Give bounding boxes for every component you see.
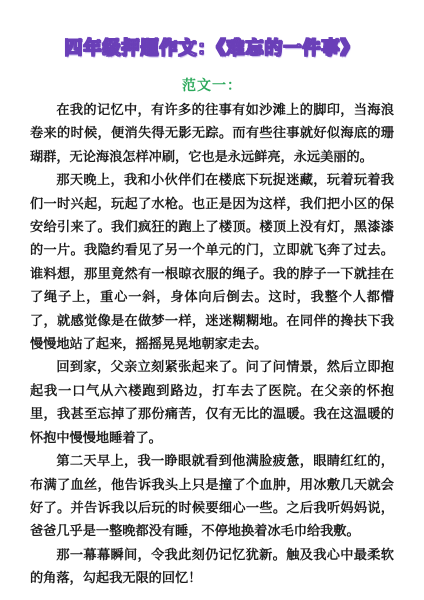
paragraph-3: 回到家，父亲立刻紧张起来了。问了问情景，然后立即抱起我一口气从六楼跑到路边，打车… <box>30 356 394 450</box>
essay-title: 四年级押题作文：《难忘的一件事》 <box>0 34 424 60</box>
paragraph-1: 在我的记忆中，有许多的往事有如沙滩上的脚印，当海浪卷来的时候，便消失得无影无踪。… <box>30 99 394 169</box>
essay-body: 在我的记忆中，有许多的往事有如沙滩上的脚印，当海浪卷来的时候，便消失得无影无踪。… <box>30 99 394 591</box>
document-page: 四年级押题作文：《难忘的一件事》 范文一： 在我的记忆中，有许多的往事有如沙滩上… <box>0 0 424 600</box>
paragraph-5: 那一幕幕瞬间，令我此刻仍记忆犹新。触及我心中最柔软的角落，勾起我无限的回忆！ <box>30 544 394 591</box>
paragraph-2: 那天晚上，我和小伙伴们在楼底下玩捉迷藏，玩着玩着我们一时兴起，玩起了水枪。也正是… <box>30 169 394 356</box>
paragraph-4: 第二天早上，我一睁眼就看到他满脸疲惫，眼睛红红的，布满了血丝，他告诉我头上只是撞… <box>30 450 394 544</box>
sample-essay-heading: 范文一： <box>0 75 424 95</box>
